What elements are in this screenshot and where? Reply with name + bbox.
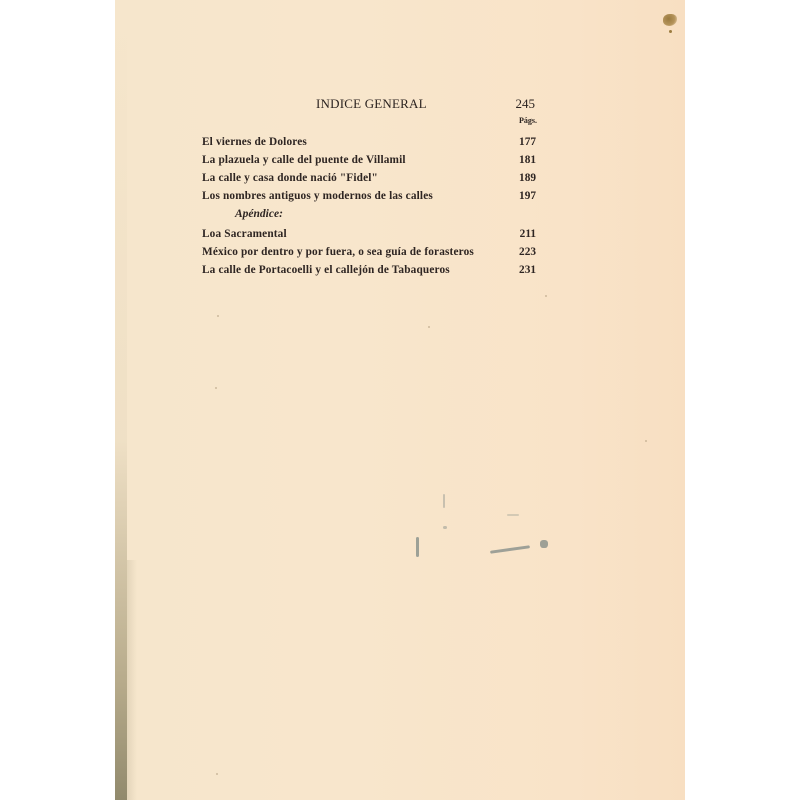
ink-smudge bbox=[490, 545, 530, 554]
toc-appendix-list: Loa Sacramental 211 México por dentro y … bbox=[202, 225, 536, 279]
toc-entry: La calle de Portacoelli y el callejón de… bbox=[202, 261, 536, 279]
toc-entry-page: 223 bbox=[512, 243, 536, 261]
toc-entry: El viernes de Dolores 177 bbox=[202, 133, 536, 151]
paper-speck bbox=[215, 387, 217, 389]
toc-entry: Los nombres antiguos y modernos de las c… bbox=[202, 187, 536, 205]
toc-entry-title: El viernes de Dolores bbox=[202, 133, 307, 151]
toc-entry-page: 197 bbox=[512, 187, 536, 205]
toc-entry: Loa Sacramental 211 bbox=[202, 225, 536, 243]
paper-speck bbox=[545, 295, 547, 297]
toc-entry-page: 211 bbox=[512, 225, 536, 243]
paper-speck bbox=[217, 315, 219, 317]
scanned-page-view: INDICE GENERAL 245 Págs. El viernes de D… bbox=[0, 0, 800, 800]
book-page: INDICE GENERAL 245 Págs. El viernes de D… bbox=[115, 0, 685, 800]
toc-entry-page: 181 bbox=[512, 151, 536, 169]
paper-speck bbox=[645, 440, 647, 442]
toc-entry-title: La calle de Portacoelli y el callejón de… bbox=[202, 261, 450, 279]
toc-entry-page: 231 bbox=[512, 261, 536, 279]
ink-smudge bbox=[416, 537, 419, 557]
toc-entry: La plazuela y calle del puente de Villam… bbox=[202, 151, 536, 169]
toc-entry-page: 177 bbox=[512, 133, 536, 151]
paper-speck bbox=[216, 773, 218, 775]
toc-entry-title: La calle y casa donde nació "Fidel" bbox=[202, 169, 378, 187]
toc-entry-title: México por dentro y por fuera, o sea guí… bbox=[202, 243, 474, 261]
ink-smudge bbox=[540, 540, 548, 548]
page-number: 245 bbox=[516, 96, 536, 112]
toc-entry-title: Los nombres antiguos y modernos de las c… bbox=[202, 187, 433, 205]
page-spine-shadow bbox=[115, 0, 127, 800]
page-edge-shading bbox=[127, 560, 137, 800]
page-column-label: Págs. bbox=[519, 116, 537, 125]
toc-entry: México por dentro y por fuera, o sea guí… bbox=[202, 243, 536, 261]
paper-speck bbox=[428, 326, 430, 328]
running-head-title: INDICE GENERAL bbox=[316, 96, 427, 112]
toc-entry-page: 189 bbox=[512, 169, 536, 187]
ink-smudge bbox=[443, 494, 445, 508]
toc-entry: La calle y casa donde nació "Fidel" 189 bbox=[202, 169, 536, 187]
paper-stain bbox=[663, 14, 677, 26]
appendix-heading: Apéndice: bbox=[235, 208, 283, 220]
toc-main-list: El viernes de Dolores 177 La plazuela y … bbox=[202, 133, 536, 205]
ink-smudge bbox=[507, 514, 519, 516]
paper-stain-dot bbox=[669, 30, 672, 33]
toc-entry-title: La plazuela y calle del puente de Villam… bbox=[202, 151, 406, 169]
ink-smudge bbox=[443, 526, 447, 529]
toc-entry-title: Loa Sacramental bbox=[202, 225, 287, 243]
